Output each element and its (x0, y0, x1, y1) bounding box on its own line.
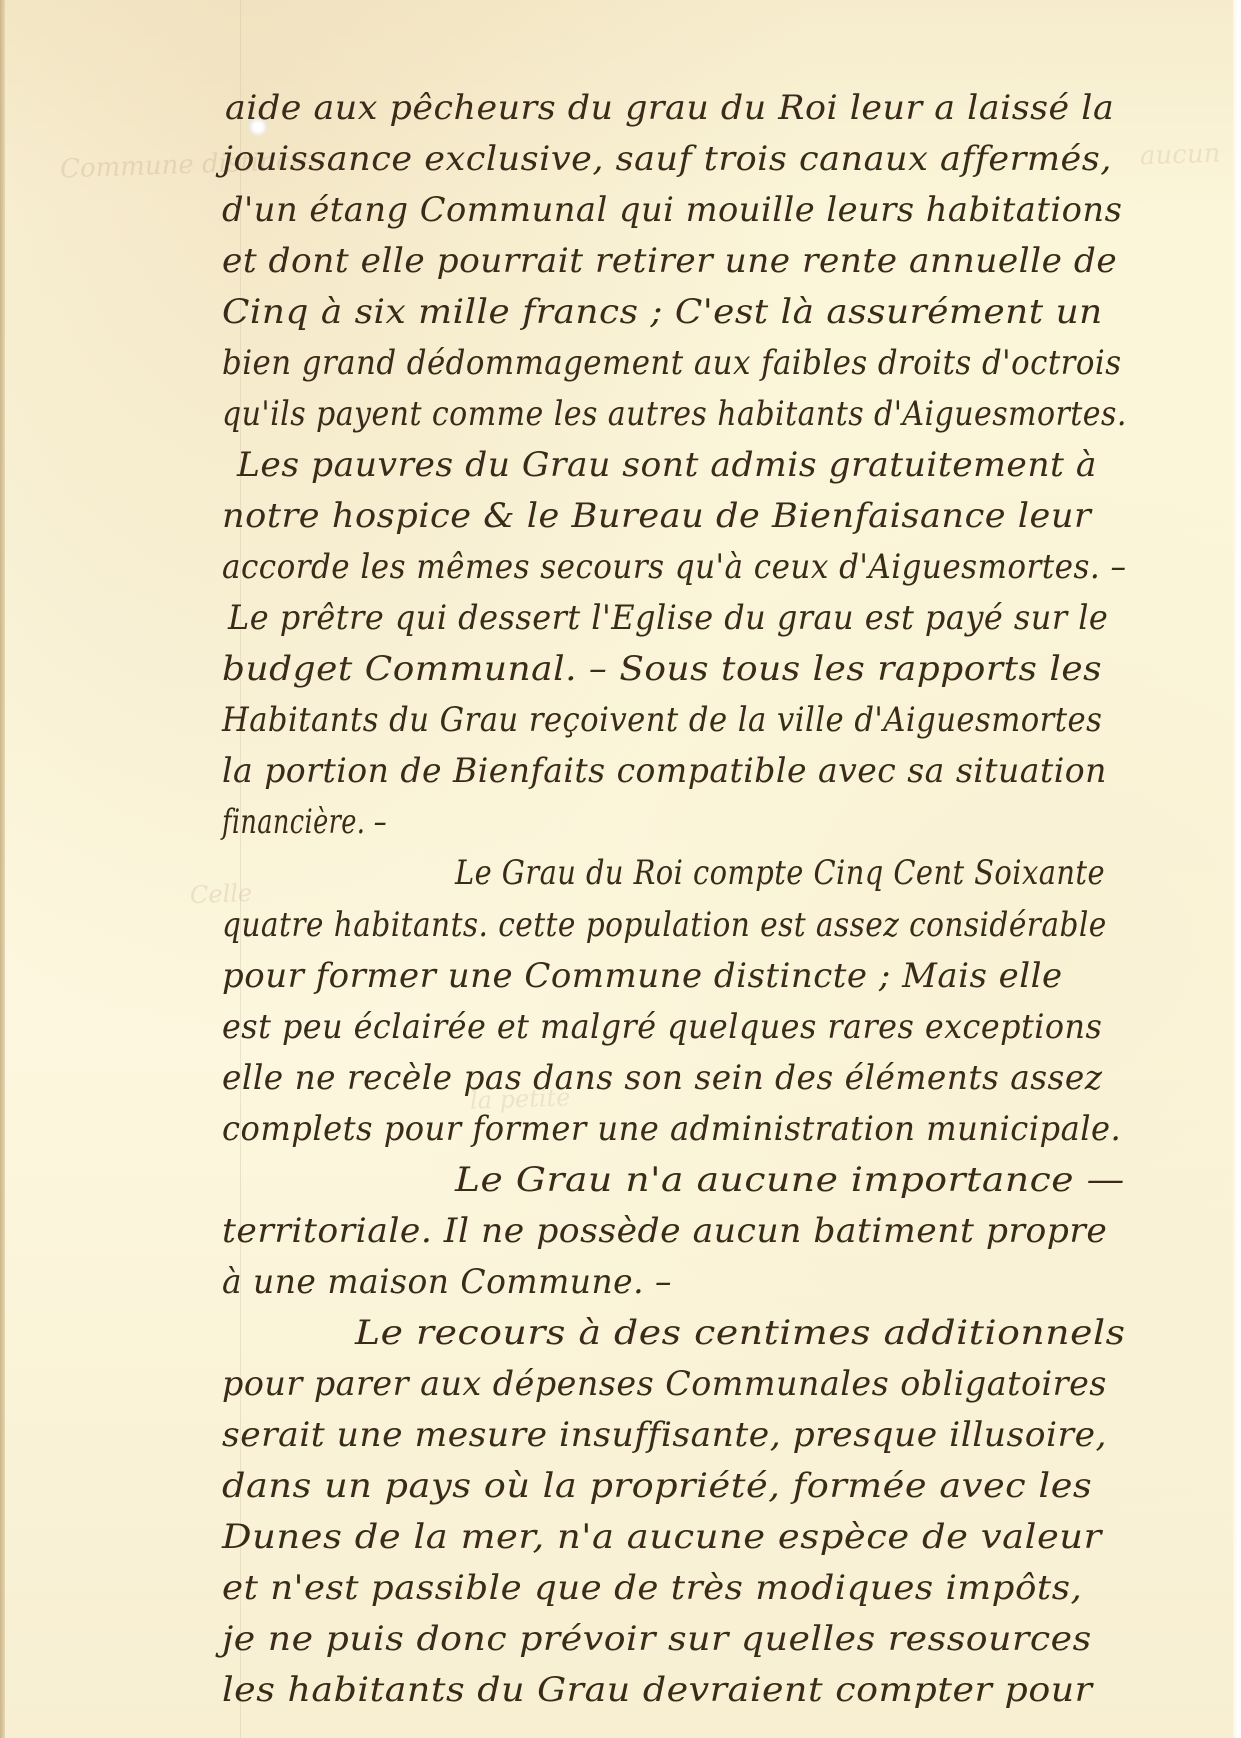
manuscript-line: Dunes de la mer, n'a aucune espèce de va… (222, 1517, 1102, 1557)
manuscript-line: pour parer aux dépenses Communales oblig… (222, 1364, 1107, 1404)
manuscript-line: est peu éclairée et malgré quelques rare… (222, 1007, 1102, 1047)
manuscript-line: Le recours à des centimes additionnels (355, 1313, 1126, 1353)
manuscript-line: accorde les mêmes secours qu'à ceux d'Ai… (222, 547, 1126, 587)
manuscript-line: territoriale. Il ne possède aucun batime… (222, 1211, 1107, 1251)
manuscript-line: complets pour former une administration … (222, 1109, 1121, 1149)
manuscript-line: pour former une Commune distincte ; Mais… (222, 956, 1063, 996)
manuscript-line: quatre habitants. cette population est a… (222, 905, 1107, 945)
manuscript-line: et n'est passible que de très modiques i… (222, 1568, 1082, 1608)
manuscript-line: aide aux pêcheurs du grau du Roi leur a … (225, 88, 1114, 128)
manuscript-line: Cinq à six mille francs ; C'est là assur… (222, 292, 1103, 332)
manuscript-line: notre hospice & le Bureau de Bienfaisanc… (222, 496, 1091, 536)
manuscript-line: Habitants du Grau reçoivent de la ville … (222, 700, 1102, 740)
manuscript-line: qu'ils payent comme les autres habitants… (222, 394, 1127, 434)
manuscript-line: la portion de Bienfaits compatible avec … (222, 751, 1107, 791)
manuscript-line: les habitants du Grau devraient compter … (222, 1670, 1093, 1710)
manuscript-line: jouissance exclusive, sauf trois canaux … (222, 139, 1112, 179)
manuscript-line: je ne puis donc prévoir sur quelles ress… (222, 1619, 1092, 1659)
manuscript-line: Le Grau n'a aucune importance — (455, 1160, 1125, 1200)
manuscript-line: à une maison Commune. – (222, 1262, 672, 1302)
manuscript-line: Les pauvres du Grau sont admis gratuitem… (237, 445, 1097, 485)
manuscript-line: Le prêtre qui dessert l'Eglise du grau e… (228, 598, 1108, 638)
manuscript-line: financière. – (222, 802, 387, 842)
manuscript-line: d'un étang Communal qui mouille leurs ha… (222, 190, 1122, 230)
manuscript-page: Commune distincte aucun Celle la petite … (0, 0, 1241, 1738)
manuscript-line: elle ne recèle pas dans son sein des élé… (222, 1058, 1102, 1098)
manuscript-line: budget Communal. – Sous tous les rapport… (222, 649, 1102, 689)
manuscript-line: dans un pays où la propriété, formée ave… (222, 1466, 1092, 1506)
handwritten-text-body: aide aux pêcheurs du grau du Roi leur a … (0, 0, 1241, 1738)
manuscript-line: Le Grau du Roi compte Cinq Cent Soixante (455, 853, 1105, 893)
manuscript-line: bien grand dédommagement aux faibles dro… (222, 343, 1121, 383)
manuscript-line: et dont elle pourrait retirer une rente … (222, 241, 1117, 281)
manuscript-line: serait une mesure insuffisante, presque … (222, 1415, 1107, 1455)
